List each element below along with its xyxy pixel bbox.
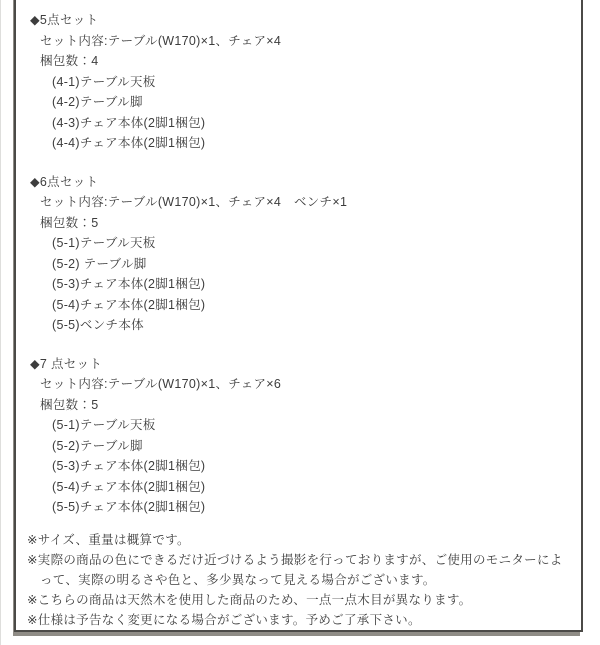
product-spec-panel: ◆5点セットセット内容:テーブル(W170)×1、チェア×4梱包数：4(4-1)… — [14, 0, 583, 632]
set-detail-line: (4-4)チェア本体(2脚1梱包) — [52, 133, 567, 154]
set-detail-line: 梱包数：4 — [40, 51, 567, 72]
set-section: ◆5点セットセット内容:テーブル(W170)×1、チェア×4梱包数：4(4-1)… — [30, 10, 567, 154]
set-detail-line: 梱包数：5 — [40, 213, 567, 234]
set-detail-line: (5-3)チェア本体(2脚1梱包) — [52, 456, 567, 477]
left-edge-divider — [0, 0, 1, 645]
set-detail-line: (4-1)テーブル天板 — [52, 72, 567, 93]
notes-section: ※サイズ、重量は概算です。※実際の商品の色にできるだけ近づけるよう撮影を行ってお… — [27, 530, 567, 630]
set-detail-line: セット内容:テーブル(W170)×1、チェア×6 — [40, 374, 567, 395]
note-line: ※仕様は予告なく変更になる場合がございます。予めご了承下さい。 — [27, 610, 567, 630]
set-heading: ◆5点セット — [30, 10, 567, 31]
set-detail-line: (5-3)チェア本体(2脚1梱包) — [52, 274, 567, 295]
page: ◆5点セットセット内容:テーブル(W170)×1、チェア×4梱包数：4(4-1)… — [0, 0, 600, 645]
set-detail-line: (5-5)チェア本体(2脚1梱包) — [52, 497, 567, 518]
set-detail-line: (4-3)チェア本体(2脚1梱包) — [52, 113, 567, 134]
set-detail-line: (5-4)チェア本体(2脚1梱包) — [52, 477, 567, 498]
set-detail-line: (5-2)テーブル脚 — [52, 436, 567, 457]
set-heading: ◆6点セット — [30, 172, 567, 193]
note-line: ※実際の商品の色にできるだけ近づけるよう撮影を行っておりますが、ご使用のモニター… — [27, 550, 567, 590]
set-sections: ◆5点セットセット内容:テーブル(W170)×1、チェア×4梱包数：4(4-1)… — [30, 10, 567, 518]
set-detail-line: (5-1)テーブル天板 — [52, 233, 567, 254]
set-detail-line: (5-5)ベンチ本体 — [52, 315, 567, 336]
set-detail-line: (5-1)テーブル天板 — [52, 415, 567, 436]
note-line: ※こちらの商品は天然木を使用した商品のため、一点一点木目が異なります。 — [27, 590, 567, 610]
set-detail-line: (5-4)チェア本体(2脚1梱包) — [52, 295, 567, 316]
set-detail-line: 梱包数：5 — [40, 395, 567, 416]
set-section: ◆7 点セットセット内容:テーブル(W170)×1、チェア×6梱包数：5(5-1… — [30, 354, 567, 518]
set-detail-line: セット内容:テーブル(W170)×1、チェア×4 — [40, 31, 567, 52]
set-section: ◆6点セットセット内容:テーブル(W170)×1、チェア×4 ベンチ×1梱包数：… — [30, 172, 567, 336]
set-detail-line: セット内容:テーブル(W170)×1、チェア×4 ベンチ×1 — [40, 192, 567, 213]
set-heading: ◆7 点セット — [30, 354, 567, 375]
note-line: ※サイズ、重量は概算です。 — [27, 530, 567, 550]
set-detail-line: (4-2)テーブル脚 — [52, 92, 567, 113]
set-detail-line: (5-2) テーブル脚 — [52, 254, 567, 275]
